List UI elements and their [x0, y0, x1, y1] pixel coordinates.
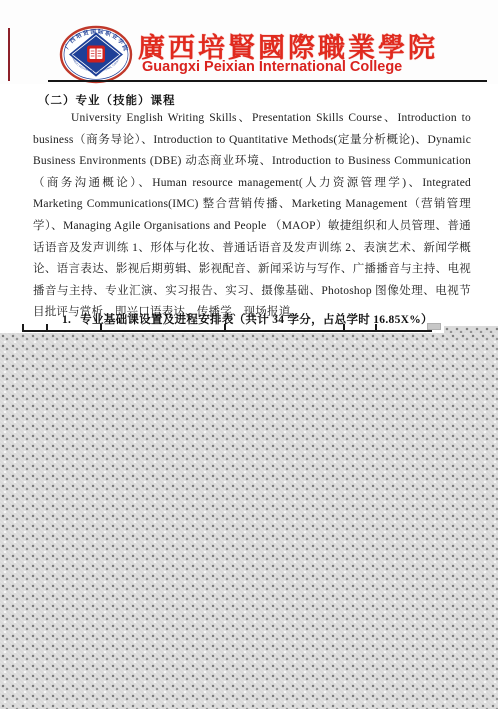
letterhead-left-rule: [8, 28, 10, 81]
table-top-border: [22, 330, 432, 332]
table-caption-number: 1.: [62, 314, 71, 326]
table-column-divider: [46, 324, 48, 332]
table-column-divider: [375, 324, 377, 332]
letterhead-underline: [48, 80, 487, 82]
table-caption: 1.专业基础课设置及进程安排表（共计 34 学分，占总学时 16.85X%）: [62, 311, 482, 327]
document-page: 广西培贤国际职业学院 GUANGXI PEIXIAN INTERNATIONAL…: [0, 0, 498, 709]
section-heading: （二）专业（技能）课程: [38, 92, 176, 108]
render-artifact-fragment: [427, 323, 441, 330]
table-column-divider: [100, 324, 102, 332]
college-seal-icon: 广西培贤国际职业学院 GUANGXI PEIXIAN INTERNATIONAL…: [59, 25, 133, 84]
table-caption-text: 专业基础课设置及进程安排表（共计 34 学分，占总学时 16.85X%）: [80, 314, 433, 326]
table-column-divider: [343, 324, 345, 332]
table-column-divider: [224, 324, 226, 332]
unrendered-page-region: [0, 333, 498, 709]
letterhead-banner: 广西培贤国际职业学院 GUANGXI PEIXIAN INTERNATIONAL…: [0, 0, 498, 84]
table-column-divider: [22, 324, 24, 332]
course-list-paragraph: University English Writing Skills、Presen…: [33, 108, 471, 324]
college-name-english: Guangxi Peixian International College: [142, 59, 472, 75]
